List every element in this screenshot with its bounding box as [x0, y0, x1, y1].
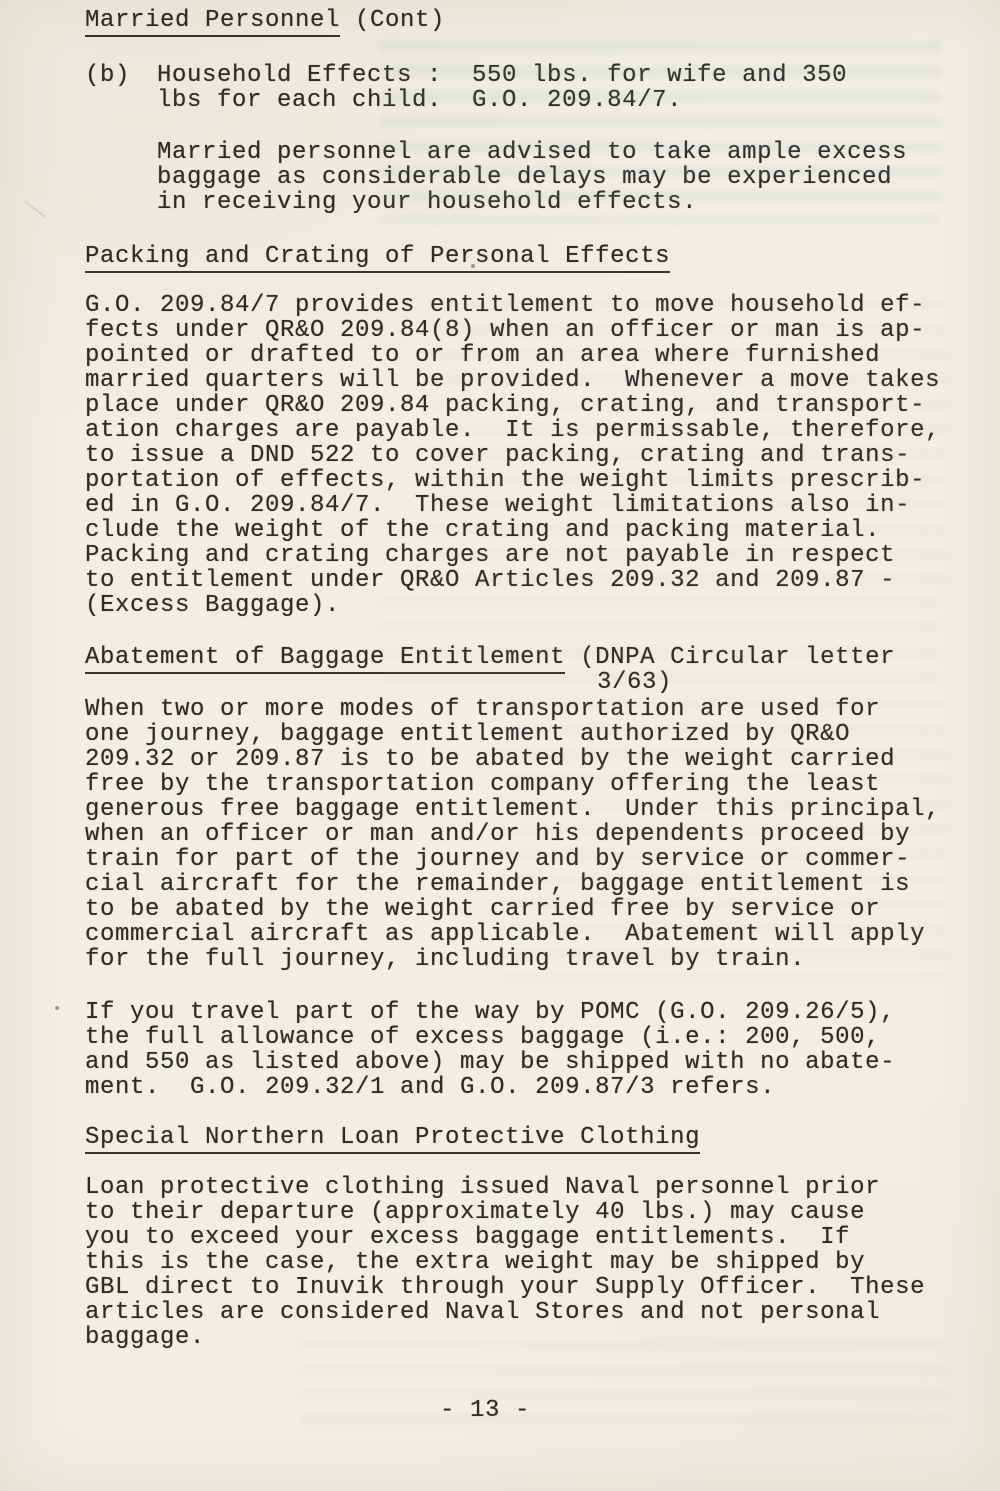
- paragraph-clothing-body: Loan protective clothing issued Naval pe…: [85, 1175, 1000, 1350]
- paper-crease: [24, 200, 46, 218]
- heading-underlined-text: Special Northern Loan Protective Clothin…: [85, 1124, 700, 1154]
- heading-underlined-text: Packing and Crating of Personal Effects: [85, 243, 670, 273]
- paragraph-packing-body: G.O. 209.84/7 provides entitlement to mo…: [85, 293, 1000, 618]
- heading-second-line: 3/63): [597, 670, 1000, 695]
- section-heading-married-personnel: Married Personnel (Cont): [85, 8, 1000, 33]
- section-heading-abatement: Abatement of Baggage Entitlement (DNPA C…: [85, 645, 1000, 670]
- heading-trailing-text: (DNPA Circular letter: [565, 644, 895, 671]
- paragraph-married-note: Married personnel are advised to take am…: [157, 140, 1000, 215]
- heading-underlined-text: Married Personnel: [85, 7, 340, 37]
- list-item-text: Household Effects : 550 lbs. for wife an…: [157, 63, 847, 113]
- page-number: - 13 -: [440, 1398, 1000, 1423]
- section-heading-packing-crating: Packing and Crating of Personal Effects: [85, 244, 1000, 269]
- heading-trailing-text: (Cont): [340, 7, 445, 34]
- paragraph-abatement-body: When two or more modes of transportation…: [85, 697, 1000, 972]
- document-page: Married Personnel (Cont) (b) Household E…: [0, 0, 1000, 1491]
- heading-underlined-text: Abatement of Baggage Entitlement: [85, 644, 565, 674]
- list-item-b: (b) Household Effects : 550 lbs. for wif…: [85, 63, 1000, 113]
- paragraph-abatement-pomc: If you travel part of the way by POMC (G…: [85, 1000, 1000, 1100]
- section-heading-protective-clothing: Special Northern Loan Protective Clothin…: [85, 1125, 1000, 1150]
- list-item-label: (b): [85, 63, 157, 113]
- paper-speck: [55, 1006, 59, 1010]
